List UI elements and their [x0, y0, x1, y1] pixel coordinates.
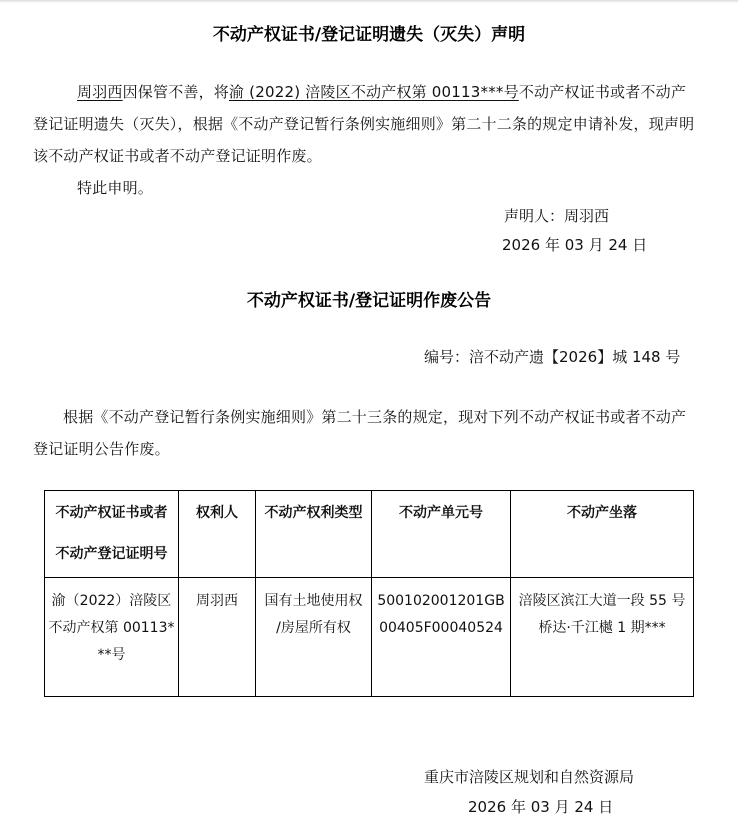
- header-right-type: 不动产权利类型: [256, 491, 372, 578]
- cell-unit-number: 500102001201GB 00405F00040524: [372, 578, 511, 697]
- certificate-number: 渝 (2022) 涪陵区不动产权第 00113***号: [229, 83, 519, 101]
- declaration-closing: 特此申明。: [33, 172, 695, 204]
- declaration-signer: 声明人：周羽西: [504, 204, 609, 228]
- page-top-edge: [0, 0, 738, 3]
- notice-date: 2026 年 03 月 24 日: [468, 795, 613, 819]
- declaration-date: 2026 年 03 月 24 日: [502, 233, 647, 257]
- notice-body: 根据《不动产登记暂行条例实施细则》第二十三条的规定，现对下列不动产权证书或者不动…: [33, 401, 695, 465]
- header-owner: 权利人: [179, 491, 256, 578]
- voided-certificates-table: 不动产权证书或者 不动产登记证明号 权利人 不动产权利类型 不动产单元号 不动产…: [44, 490, 694, 697]
- cell-certificate-number: 渝（2022）涪陵区 不动产权第 00113* **号: [45, 578, 179, 697]
- declarant-name: 周羽西: [77, 83, 123, 101]
- declaration-title: 不动产权证书/登记证明遗失（灭失）声明: [0, 20, 738, 45]
- header-certificate-number: 不动产权证书或者 不动产登记证明号: [45, 491, 179, 578]
- notice-number: 编号：涪不动产遗【2026】城 148 号: [424, 345, 680, 369]
- table-header-row: 不动产权证书或者 不动产登记证明号 权利人 不动产权利类型 不动产单元号 不动产…: [45, 491, 694, 578]
- notice-number-value: 涪不动产遗【2026】城 148 号: [469, 348, 680, 366]
- cell-location: 涪陵区滨江大道一段 55 号 桥达·千江樾 1 期***: [511, 578, 694, 697]
- cell-right-type: 国有土地使用权 /房屋所有权: [256, 578, 372, 697]
- header-location: 不动产坐落: [511, 491, 694, 578]
- declaration-body: 周羽西因保管不善，将渝 (2022) 涪陵区不动产权第 00113***号不动产…: [33, 76, 695, 172]
- cell-owner: 周羽西: [179, 578, 256, 697]
- notice-title: 不动产权证书/登记证明作废公告: [0, 286, 738, 311]
- notice-issuer: 重庆市涪陵区规划和自然资源局: [424, 765, 634, 789]
- header-unit-number: 不动产单元号: [372, 491, 511, 578]
- table-row: 渝（2022）涪陵区 不动产权第 00113* **号 周羽西 国有土地使用权 …: [45, 578, 694, 697]
- signer-name: 周羽西: [564, 207, 609, 225]
